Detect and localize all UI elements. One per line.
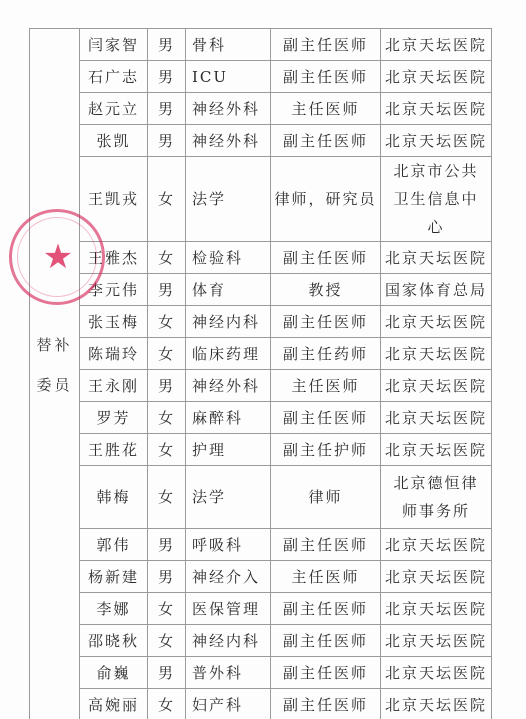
- member-name: 杨新建: [80, 561, 148, 593]
- member-institution: 北京天坛医院: [381, 561, 492, 593]
- member-name: 王胜花: [80, 434, 148, 466]
- member-dept: ICU: [186, 61, 271, 93]
- member-dept: 临床药理: [186, 338, 271, 370]
- member-name: 韩梅: [80, 466, 148, 529]
- table-row: 罗芳 女 麻醉科 副主任医师 北京天坛医院: [30, 402, 492, 434]
- table-row: 杨新建 男 神经介入 主任医师 北京天坛医院: [30, 561, 492, 593]
- member-dept: 法学: [186, 466, 271, 529]
- member-dept: 普外科: [186, 657, 271, 689]
- document-page: 替补委员 闫家智 男 骨科 副主任医师 北京天坛医院 石广志 男 ICU 副主任…: [0, 0, 526, 719]
- member-title: 副主任医师: [271, 61, 381, 93]
- table-row: 赵元立 男 神经外科 主任医师 北京天坛医院: [30, 93, 492, 125]
- member-institution: 北京天坛医院: [381, 402, 492, 434]
- member-name: 李元伟: [80, 274, 148, 306]
- member-institution: 北京天坛医院: [381, 306, 492, 338]
- member-institution: 北京天坛医院: [381, 29, 492, 61]
- member-title: 副主任医师: [271, 242, 381, 274]
- member-dept: 骨科: [186, 29, 271, 61]
- member-name: 俞巍: [80, 657, 148, 689]
- table-row: 张凯 男 神经外科 副主任医师 北京天坛医院: [30, 125, 492, 157]
- member-sex: 女: [148, 306, 186, 338]
- member-institution: 北京天坛医院: [381, 338, 492, 370]
- member-institution: 北京天坛医院: [381, 689, 492, 719]
- member-name: 罗芳: [80, 402, 148, 434]
- table-row: 石广志 男 ICU 副主任医师 北京天坛医院: [30, 61, 492, 93]
- member-institution: 北京天坛医院: [381, 625, 492, 657]
- member-dept: 体育: [186, 274, 271, 306]
- member-title: 副主任医师: [271, 529, 381, 561]
- member-institution-cell: 北京德恒律师事务所: [381, 466, 492, 529]
- member-name: 李娜: [80, 593, 148, 625]
- member-name: 闫家智: [80, 29, 148, 61]
- member-dept: 神经外科: [186, 125, 271, 157]
- member-sex: 女: [148, 402, 186, 434]
- member-dept: 检验科: [186, 242, 271, 274]
- member-title: 副主任医师: [271, 125, 381, 157]
- member-title: 副主任护师: [271, 434, 381, 466]
- member-institution: 北京天坛医院: [381, 657, 492, 689]
- member-institution: 北京天坛医院: [381, 529, 492, 561]
- member-name: 王雅杰: [80, 242, 148, 274]
- member-sex: 男: [148, 93, 186, 125]
- member-institution: 北京天坛医院: [381, 61, 492, 93]
- member-title: 律师: [271, 466, 381, 529]
- member-dept: 妇产科: [186, 689, 271, 719]
- member-name: 陈瑞玲: [80, 338, 148, 370]
- member-title: 副主任医师: [271, 402, 381, 434]
- member-sex: 男: [148, 529, 186, 561]
- member-dept: 护理: [186, 434, 271, 466]
- member-dept: 神经内科: [186, 625, 271, 657]
- member-sex: 男: [148, 657, 186, 689]
- group-label: 替补委员: [37, 325, 73, 405]
- member-sex: 男: [148, 61, 186, 93]
- member-sex: 女: [148, 338, 186, 370]
- table-row: 俞巍 男 普外科 副主任医师 北京天坛医院: [30, 657, 492, 689]
- member-dept: 医保管理: [186, 593, 271, 625]
- member-institution: 北京天坛医院: [381, 125, 492, 157]
- member-institution: 北京天坛医院: [381, 242, 492, 274]
- member-sex: 女: [148, 466, 186, 529]
- member-sex: 女: [148, 434, 186, 466]
- member-roster-table: 替补委员 闫家智 男 骨科 副主任医师 北京天坛医院 石广志 男 ICU 副主任…: [29, 28, 492, 719]
- member-institution: 北京市公共卫生信息中心: [388, 157, 484, 241]
- member-sex: 男: [148, 29, 186, 61]
- member-title: 主任医师: [271, 561, 381, 593]
- table-row: 王永刚 男 神经外科 主任医师 北京天坛医院: [30, 370, 492, 402]
- member-name: 郭伟: [80, 529, 148, 561]
- member-institution: 北京天坛医院: [381, 370, 492, 402]
- member-name: 王永刚: [80, 370, 148, 402]
- member-sex: 男: [148, 561, 186, 593]
- member-title: 副主任医师: [271, 657, 381, 689]
- member-dept: 呼吸科: [186, 529, 271, 561]
- member-sex: 男: [148, 125, 186, 157]
- member-institution: 北京天坛医院: [381, 93, 492, 125]
- member-sex: 女: [148, 242, 186, 274]
- member-dept: 神经外科: [186, 93, 271, 125]
- table-row: 张玉梅 女 神经内科 副主任医师 北京天坛医院: [30, 306, 492, 338]
- member-title: 教授: [271, 274, 381, 306]
- member-name: 高婉丽: [80, 689, 148, 719]
- member-sex: 女: [148, 157, 186, 242]
- table-row: 李娜 女 医保管理 副主任医师 北京天坛医院: [30, 593, 492, 625]
- member-institution: 北京德恒律师事务所: [388, 469, 484, 525]
- table-row: 王胜花 女 护理 副主任护师 北京天坛医院: [30, 434, 492, 466]
- table-row: 韩梅 女 法学 律师 北京德恒律师事务所: [30, 466, 492, 529]
- member-institution: 北京天坛医院: [381, 593, 492, 625]
- member-dept: 神经介入: [186, 561, 271, 593]
- member-name: 王凯戎: [80, 157, 148, 242]
- member-title: 副主任医师: [271, 306, 381, 338]
- member-title: 主任医师: [271, 93, 381, 125]
- member-title: 副主任医师: [271, 625, 381, 657]
- table-row: 高婉丽 女 妇产科 副主任医师 北京天坛医院: [30, 689, 492, 719]
- member-title: 副主任医师: [271, 593, 381, 625]
- member-dept: 神经内科: [186, 306, 271, 338]
- member-institution: 国家体育总局: [381, 274, 492, 306]
- table-row: 王凯戎 女 法学 律师，研究员 北京市公共卫生信息中心: [30, 157, 492, 242]
- member-sex: 男: [148, 274, 186, 306]
- member-sex: 女: [148, 689, 186, 719]
- table-row: 替补委员 闫家智 男 骨科 副主任医师 北京天坛医院: [30, 29, 492, 61]
- table-row: 李元伟 男 体育 教授 国家体育总局: [30, 274, 492, 306]
- member-institution: 北京天坛医院: [381, 434, 492, 466]
- member-sex: 男: [148, 370, 186, 402]
- member-title: 副主任医师: [271, 689, 381, 719]
- table-row: 郭伟 男 呼吸科 副主任医师 北京天坛医院: [30, 529, 492, 561]
- table-row: 王雅杰 女 检验科 副主任医师 北京天坛医院: [30, 242, 492, 274]
- member-dept: 麻醉科: [186, 402, 271, 434]
- member-name: 赵元立: [80, 93, 148, 125]
- member-sex: 女: [148, 593, 186, 625]
- member-title: 律师，研究员: [271, 157, 381, 242]
- table-row: 邵晓秋 女 神经内科 副主任医师 北京天坛医院: [30, 625, 492, 657]
- group-label-cell: 替补委员: [30, 29, 80, 719]
- table-row: 陈瑞玲 女 临床药理 副主任药师 北京天坛医院: [30, 338, 492, 370]
- member-name: 张玉梅: [80, 306, 148, 338]
- member-institution-cell: 北京市公共卫生信息中心: [381, 157, 492, 242]
- member-dept: 法学: [186, 157, 271, 242]
- member-sex: 女: [148, 625, 186, 657]
- member-dept: 神经外科: [186, 370, 271, 402]
- member-title: 主任医师: [271, 370, 381, 402]
- member-title: 副主任药师: [271, 338, 381, 370]
- member-name: 石广志: [80, 61, 148, 93]
- member-title: 副主任医师: [271, 29, 381, 61]
- member-name: 邵晓秋: [80, 625, 148, 657]
- member-name: 张凯: [80, 125, 148, 157]
